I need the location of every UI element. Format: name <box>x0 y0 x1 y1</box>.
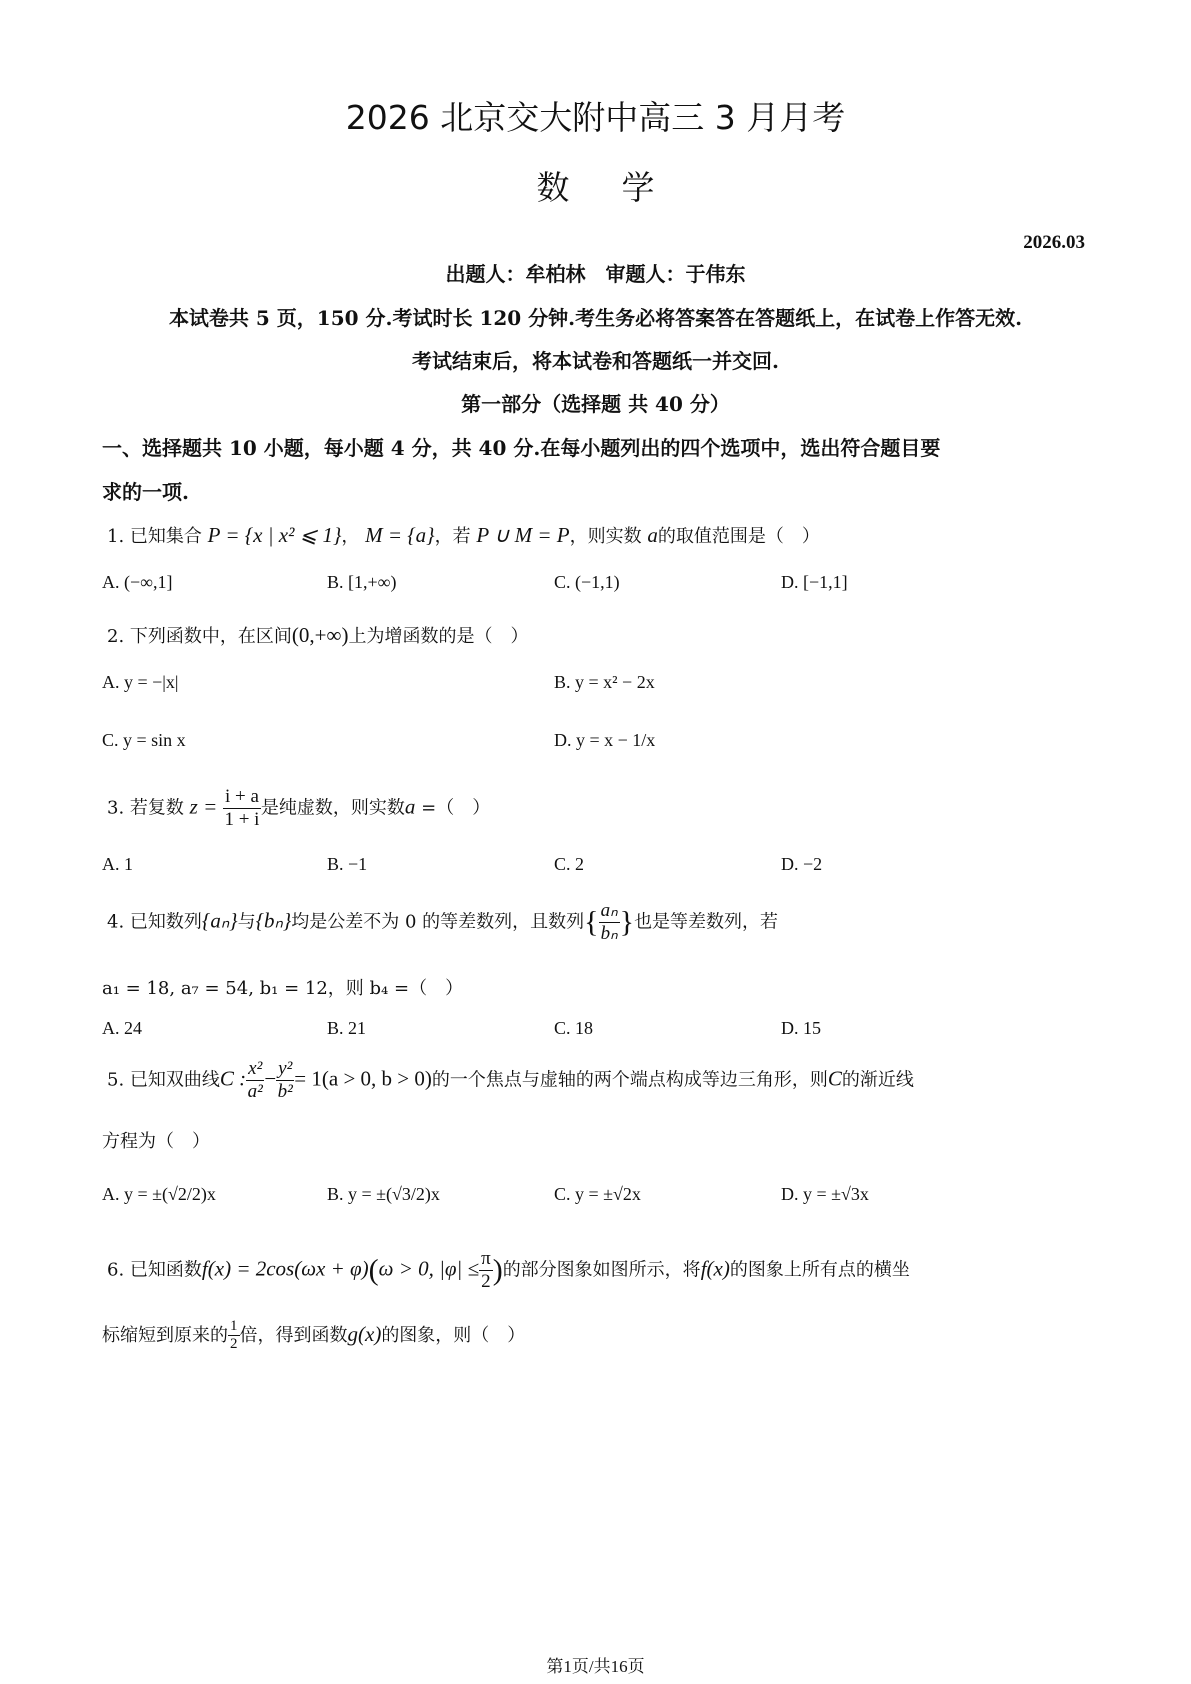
question-5-stem-line-2: 方程为（ ） <box>102 1127 210 1153</box>
stem-text: 的图象上所有点的横坐 <box>730 1259 910 1280</box>
math-variable: C <box>828 1066 842 1090</box>
stem-text: 已知数列 <box>130 911 202 932</box>
exam-notice-line-1: 本试卷共 5 页，150 分.考试时长 120 分钟.考生务必将答案答在答题纸上… <box>0 302 1191 331</box>
question-5-option-c: C. y = ±√2x <box>554 1184 641 1205</box>
part-title: 第一部分（选择题 共 40 分） <box>0 388 1191 417</box>
math-expression: {aₙ} <box>202 908 238 932</box>
question-2-option-d: D. y = x − 1/x <box>554 730 655 751</box>
section-instruction-line-2: 求的一项. <box>102 476 189 505</box>
fraction: y²b² <box>276 1058 294 1103</box>
question-3-option-c: C. 2 <box>554 854 584 875</box>
fraction-numerator: π <box>479 1248 493 1271</box>
question-3-option-b: B. −1 <box>327 854 367 875</box>
question-3-option-d: D. −2 <box>781 854 822 875</box>
fraction-denominator: a² <box>248 1081 263 1103</box>
subject-char-2: 学 <box>622 168 655 207</box>
math-expression: (0,+∞) <box>292 623 349 647</box>
question-number: 1. <box>107 526 124 547</box>
fraction-denominator: bₙ <box>601 923 618 945</box>
stem-text: 的图象，则（ ） <box>381 1325 525 1346</box>
question-3-option-a: A. 1 <box>102 854 133 875</box>
stem-text: 的渐近线 <box>842 1069 914 1090</box>
math-expression: g(x) <box>348 1322 382 1346</box>
question-6-stem-line-2: 标缩短到原来的12倍，得到函数g(x)的图象，则（ ） <box>102 1318 525 1354</box>
math-expression: {bₙ} <box>256 908 292 932</box>
stem-text: 上为增函数的是（ ） <box>348 626 528 647</box>
fraction: 12 <box>228 1318 240 1354</box>
math-expression: f(x) = 2cos(ωx + φ) <box>202 1256 369 1280</box>
fraction: x²a² <box>246 1058 264 1103</box>
question-1-option-b: B. [1,+∞) <box>327 572 396 593</box>
question-4-option-b: B. 21 <box>327 1018 366 1039</box>
exam-title: 2026 北京交大附中高三 3 月月考 <box>0 92 1191 139</box>
stem-text: 的一个焦点与虚轴的两个端点构成等边三角形，则 <box>432 1069 828 1090</box>
math-expression: ω > 0, |φ| ≤ <box>379 1256 479 1280</box>
question-5-option-b: B. y = ±(√3/2)x <box>327 1184 440 1205</box>
math-expression: P ∪ M = P <box>476 523 569 547</box>
section-instruction-line-1: 一、选择题共 10 小题，每小题 4 分，共 40 分.在每小题列出的四个选项中… <box>102 432 940 461</box>
fraction-numerator: i + a <box>223 786 261 809</box>
math-expression: C : <box>220 1066 246 1090</box>
question-5-stem: 5. 已知双曲线C :x²a²−y²b²= 1(a > 0, b > 0)的一个… <box>107 1058 914 1103</box>
question-5-option-d: D. y = ±√3x <box>781 1184 869 1205</box>
question-1-option-a: A. (−∞,1] <box>102 572 172 593</box>
question-2-option-c: C. y = sin x <box>102 730 186 751</box>
question-1-option-c: C. (−1,1) <box>554 572 620 593</box>
fraction-denominator: b² <box>278 1081 293 1103</box>
question-4-stem: 4. 已知数列{aₙ}与{bₙ}均是公差不为 0 的等差数列，且数列{aₙbₙ}… <box>107 900 778 945</box>
exam-notice-line-2: 考试结束后，将本试卷和答题纸一并交回. <box>0 345 1191 374</box>
question-number: 4. <box>107 911 124 932</box>
question-2-stem: 2. 下列函数中，在区间(0,+∞)上为增函数的是（ ） <box>107 622 528 648</box>
stem-text: =（ ） <box>415 797 490 818</box>
brace-left: { <box>584 905 598 938</box>
subject-title: 数学 <box>0 162 1191 209</box>
math-variable: a <box>405 794 416 818</box>
question-number: 5. <box>107 1069 124 1090</box>
fraction-numerator: x² <box>246 1058 264 1081</box>
fraction: aₙbₙ <box>599 900 620 945</box>
question-1-stem: 1. 已知集合 P = {x | x² ⩽ 1}， M = {a}，若 P ∪ … <box>107 522 820 548</box>
question-4-stem-line-2: a₁ = 18, a₇ = 54, b₁ = 12，则 b₄ =（ ） <box>102 974 463 1000</box>
stem-text: ， <box>341 526 359 547</box>
question-5-option-a: A. y = ±(√2/2)x <box>102 1184 216 1205</box>
stem-text: 已知函数 <box>130 1259 202 1280</box>
math-expression: P = {x | x² ⩽ 1} <box>208 523 342 547</box>
fraction: π2 <box>479 1248 493 1293</box>
exam-date: 2026.03 <box>1023 232 1085 254</box>
stem-text: 是纯虚数，则实数 <box>261 797 405 818</box>
stem-text: ，若 <box>435 526 471 547</box>
fraction-denominator: 1 + i <box>224 809 259 831</box>
stem-text: 与 <box>238 911 256 932</box>
question-number: 2. <box>107 626 124 647</box>
math-expression: f(x) <box>701 1256 730 1280</box>
fraction-numerator: 1 <box>228 1318 240 1336</box>
question-6-stem: 6. 已知函数f(x) = 2cos(ωx + φ)(ω > 0, |φ| ≤π… <box>107 1248 910 1293</box>
fraction-numerator: aₙ <box>599 900 620 923</box>
brace-right: } <box>620 905 634 938</box>
fraction-numerator: y² <box>276 1058 294 1081</box>
stem-text: ，则实数 <box>570 526 642 547</box>
stem-text: 已知双曲线 <box>130 1069 220 1090</box>
stem-text: 标缩短到原来的 <box>102 1325 228 1346</box>
question-4-option-d: D. 15 <box>781 1018 821 1039</box>
question-number: 6. <box>107 1259 124 1280</box>
question-2-option-b: B. y = x² − 2x <box>554 672 655 693</box>
stem-text: 均是公差不为 0 的等差数列，且数列 <box>291 911 584 932</box>
math-expression: M = {a} <box>365 523 434 547</box>
question-number: 3. <box>107 797 124 818</box>
stem-text: 倍，得到函数 <box>240 1325 348 1346</box>
stem-text: 也是等差数列，若 <box>634 911 778 932</box>
stem-text: 的取值范围是（ ） <box>658 526 820 547</box>
question-2-option-a: A. y = −|x| <box>102 672 179 693</box>
fraction-denominator: 2 <box>481 1271 491 1293</box>
page-indicator: 第1页/共16页 <box>0 1652 1191 1677</box>
authors-line: 出题人：牟柏林 审题人：于伟东 <box>0 258 1191 287</box>
question-3-stem: 3. 若复数 z = i + a1 + i是纯虚数，则实数a =（ ） <box>107 786 490 831</box>
math-expression: = 1(a > 0, b > 0) <box>294 1066 432 1090</box>
stem-text: 下列函数中，在区间 <box>130 626 292 647</box>
question-4-option-c: C. 18 <box>554 1018 593 1039</box>
stem-text: 若复数 <box>130 797 184 818</box>
question-4-option-a: A. 24 <box>102 1018 142 1039</box>
stem-text: 已知集合 <box>130 526 202 547</box>
question-1-option-d: D. [−1,1] <box>781 572 848 593</box>
stem-text: 的部分图象如图所示，将 <box>503 1259 701 1280</box>
math-variable: a <box>647 523 658 547</box>
fraction-denominator: 2 <box>230 1336 238 1353</box>
fraction: i + a1 + i <box>223 786 261 831</box>
subject-char-1: 数 <box>537 168 570 207</box>
math-expression: z = <box>190 794 218 818</box>
